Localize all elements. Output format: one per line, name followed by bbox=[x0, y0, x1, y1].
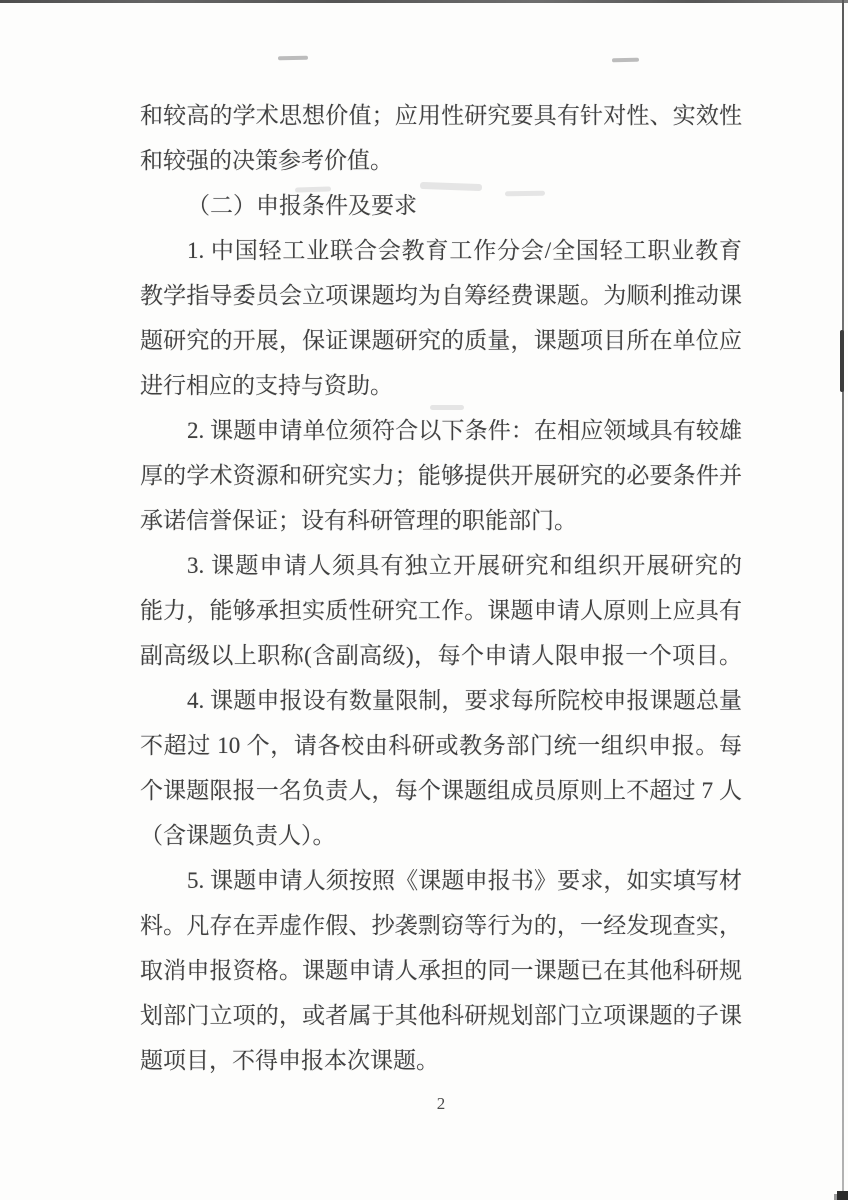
text-line: 教学指导委员会立项课题均为自筹经费课题。为顺利推动课 bbox=[140, 273, 742, 318]
scan-corner-mark bbox=[837, 1191, 848, 1200]
text-line: （含课题负责人）。 bbox=[140, 813, 742, 858]
section-heading: （二）申报条件及要求 bbox=[140, 183, 742, 228]
list-item-1-first-line: 1. 中国轻工业联合会教育工作分会/全国轻工职业教育 bbox=[140, 228, 742, 273]
text-line: 不超过 10 个，请各校由科研或教务部门统一组织申报。每 bbox=[140, 723, 742, 768]
scan-edge-top-line bbox=[0, 0, 848, 3]
text-line: 进行相应的支持与资助。 bbox=[140, 363, 742, 408]
text-line: 个课题限报一名负责人，每个课题组成员原则上不超过 7 人 bbox=[140, 768, 742, 813]
scan-edge-right-line bbox=[842, 0, 844, 1200]
list-item-5-first-line: 5. 课题申请人须按照《课题申报书》要求，如实填写材 bbox=[140, 858, 742, 903]
text-line: 和较强的决策参考价值。 bbox=[140, 138, 742, 183]
text-line: 划部门立项的，或者属于其他科研规划部门立项课题的子课 bbox=[140, 993, 742, 1038]
scanned-document-page: 和较高的学术思想价值；应用性研究要具有针对性、实效性 和较强的决策参考价值。 （… bbox=[0, 0, 848, 1200]
text-line: 副高级以上职称(含副高级)，每个申请人限申报一个项目。 bbox=[140, 633, 742, 678]
page-number: 2 bbox=[140, 1094, 742, 1114]
text-line: 题研究的开展，保证课题研究的质量，课题项目所在单位应 bbox=[140, 318, 742, 363]
list-item-4-first-line: 4. 课题申报设有数量限制，要求每所院校申报课题总量 bbox=[140, 678, 742, 723]
text-line: 取消申报资格。课题申请人承担的同一课题已在其他科研规 bbox=[140, 948, 742, 993]
scan-smudge-dash bbox=[278, 56, 308, 61]
text-line: 厚的学术资源和研究实力；能够提供开展研究的必要条件并 bbox=[140, 453, 742, 498]
scan-edge-blob bbox=[840, 330, 844, 392]
text-line: 料。凡存在弄虚作假、抄袭剽窃等行为的，一经发现查实， bbox=[140, 903, 742, 948]
text-line: 能力，能够承担实质性研究工作。课题申请人原则上应具有 bbox=[140, 588, 742, 633]
list-item-2-first-line: 2. 课题申请单位须符合以下条件：在相应领域具有较雄 bbox=[140, 408, 742, 453]
list-item-3-first-line: 3. 课题申请人须具有独立开展研究和组织开展研究的 bbox=[140, 543, 742, 588]
text-line: 题项目，不得申报本次课题。 bbox=[140, 1038, 742, 1083]
text-line: 承诺信誉保证；设有科研管理的职能部门。 bbox=[140, 498, 742, 543]
document-body: 和较高的学术思想价值；应用性研究要具有针对性、实效性 和较强的决策参考价值。 （… bbox=[140, 93, 742, 1083]
scan-smudge-dash bbox=[612, 58, 639, 63]
text-line: 和较高的学术思想价值；应用性研究要具有针对性、实效性 bbox=[140, 93, 742, 138]
